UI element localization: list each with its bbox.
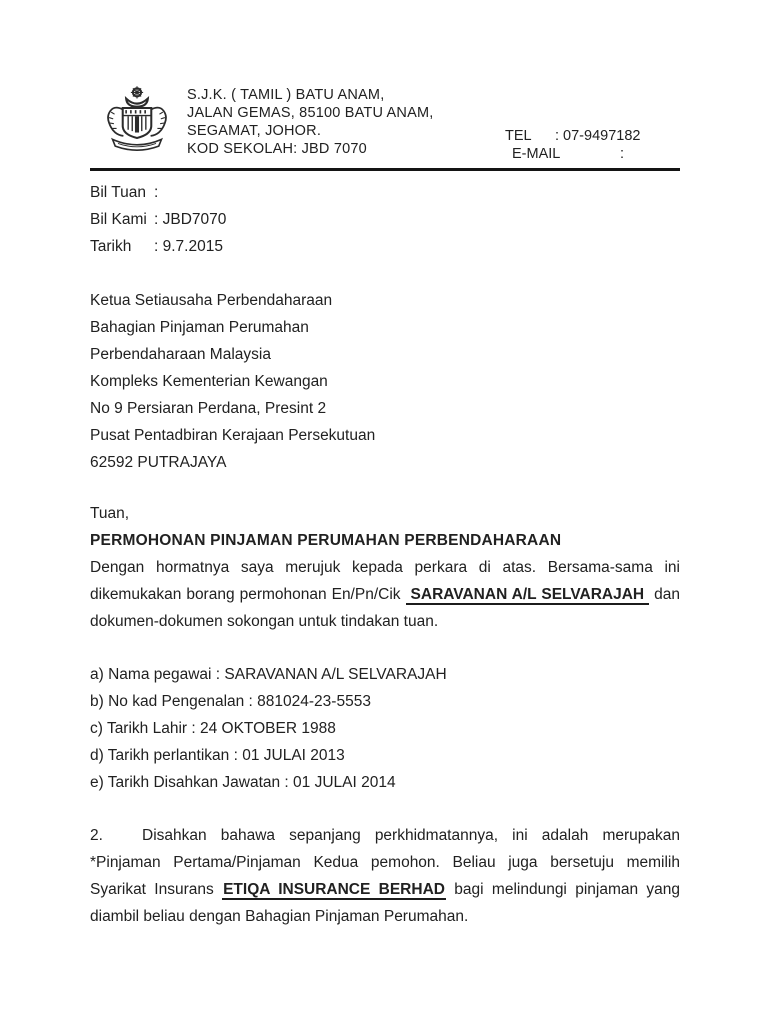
tarikh-row: Tarikh: 9.7.2015: [90, 233, 680, 260]
paragraph-number: 2.: [90, 822, 142, 849]
school-address-line1: JALAN GEMAS, 85100 BATU ANAM,: [187, 104, 680, 122]
email-label: E-MAIL: [512, 145, 562, 163]
recipient-line: No 9 Persiaran Perdana, Presint 2: [90, 395, 680, 422]
bil-tuan-value: :: [154, 184, 158, 201]
salutation: Tuan,: [90, 500, 680, 527]
tel-row: TEL: 07-9497182: [505, 127, 640, 145]
intro-paragraph: Dengan hormatnya saya merujuk kepada per…: [90, 554, 680, 635]
detail-line-tarikh-lahir: c) Tarikh Lahir : 24 OKTOBER 1988: [90, 715, 680, 742]
recipient-address: Ketua Setiausaha Perbendaharaan Bahagian…: [90, 287, 680, 476]
confirmation-paragraph: 2.Disahkan bahawa sepanjang perkhidmatan…: [90, 822, 680, 930]
tarikh-label: Tarikh: [90, 233, 154, 260]
email-row: E-MAIL:: [505, 145, 640, 163]
email-value: :: [562, 146, 624, 162]
recipient-line: Perbendaharaan Malaysia: [90, 341, 680, 368]
recipient-line: Kompleks Kementerian Kewangan: [90, 368, 680, 395]
recipient-line: Pusat Pentadbiran Kerajaan Persekutuan: [90, 422, 680, 449]
detail-line-no-kad: b) No kad Pengenalan : 881024-23-5553: [90, 688, 680, 715]
letterhead: S.J.K. ( TAMIL ) BATU ANAM, JALAN GEMAS,…: [90, 82, 680, 168]
insurance-company-underlined: ETIQA INSURANCE BERHAD: [222, 881, 446, 900]
contact-info: TEL: 07-9497182 E-MAIL:: [505, 127, 640, 163]
tel-value: : 07-9497182: [555, 128, 640, 144]
detail-line-tarikh-disahkan: e) Tarikh Disahkan Jawatan : 01 JULAI 20…: [90, 769, 680, 796]
recipient-line: Ketua Setiausaha Perbendaharaan: [90, 287, 680, 314]
detail-line-nama: a) Nama pegawai : SARAVANAN A/L SELVARAJ…: [90, 661, 680, 688]
bil-tuan-row: Bil Tuan:: [90, 179, 680, 206]
bil-kami-row: Bil Kami: JBD7070: [90, 206, 680, 233]
header-divider: [90, 168, 680, 171]
subject-line: PERMOHONAN PINJAMAN PERUMAHAN PERBENDAHA…: [90, 527, 680, 554]
recipient-line: 62592 PUTRAJAYA: [90, 449, 680, 476]
bil-tuan-label: Bil Tuan: [90, 179, 154, 206]
bil-kami-value: : JBD7070: [154, 211, 226, 228]
tel-label: TEL: [505, 127, 555, 145]
tarikh-value: : 9.7.2015: [154, 238, 223, 255]
school-name: S.J.K. ( TAMIL ) BATU ANAM,: [187, 86, 680, 104]
malaysia-coat-of-arms-icon: [103, 84, 171, 162]
recipient-line: Bahagian Pinjaman Perumahan: [90, 314, 680, 341]
bil-kami-label: Bil Kami: [90, 206, 154, 233]
detail-line-tarikh-perlantikan: d) Tarikh perlantikan : 01 JULAI 2013: [90, 742, 680, 769]
letter-document: S.J.K. ( TAMIL ) BATU ANAM, JALAN GEMAS,…: [0, 0, 768, 1024]
applicant-details-list: a) Nama pegawai : SARAVANAN A/L SELVARAJ…: [90, 661, 680, 796]
reference-block: Bil Tuan: Bil Kami: JBD7070 Tarikh: 9.7.…: [90, 179, 680, 260]
applicant-name-underlined: SARAVANAN A/L SELVARAJAH: [406, 586, 650, 605]
